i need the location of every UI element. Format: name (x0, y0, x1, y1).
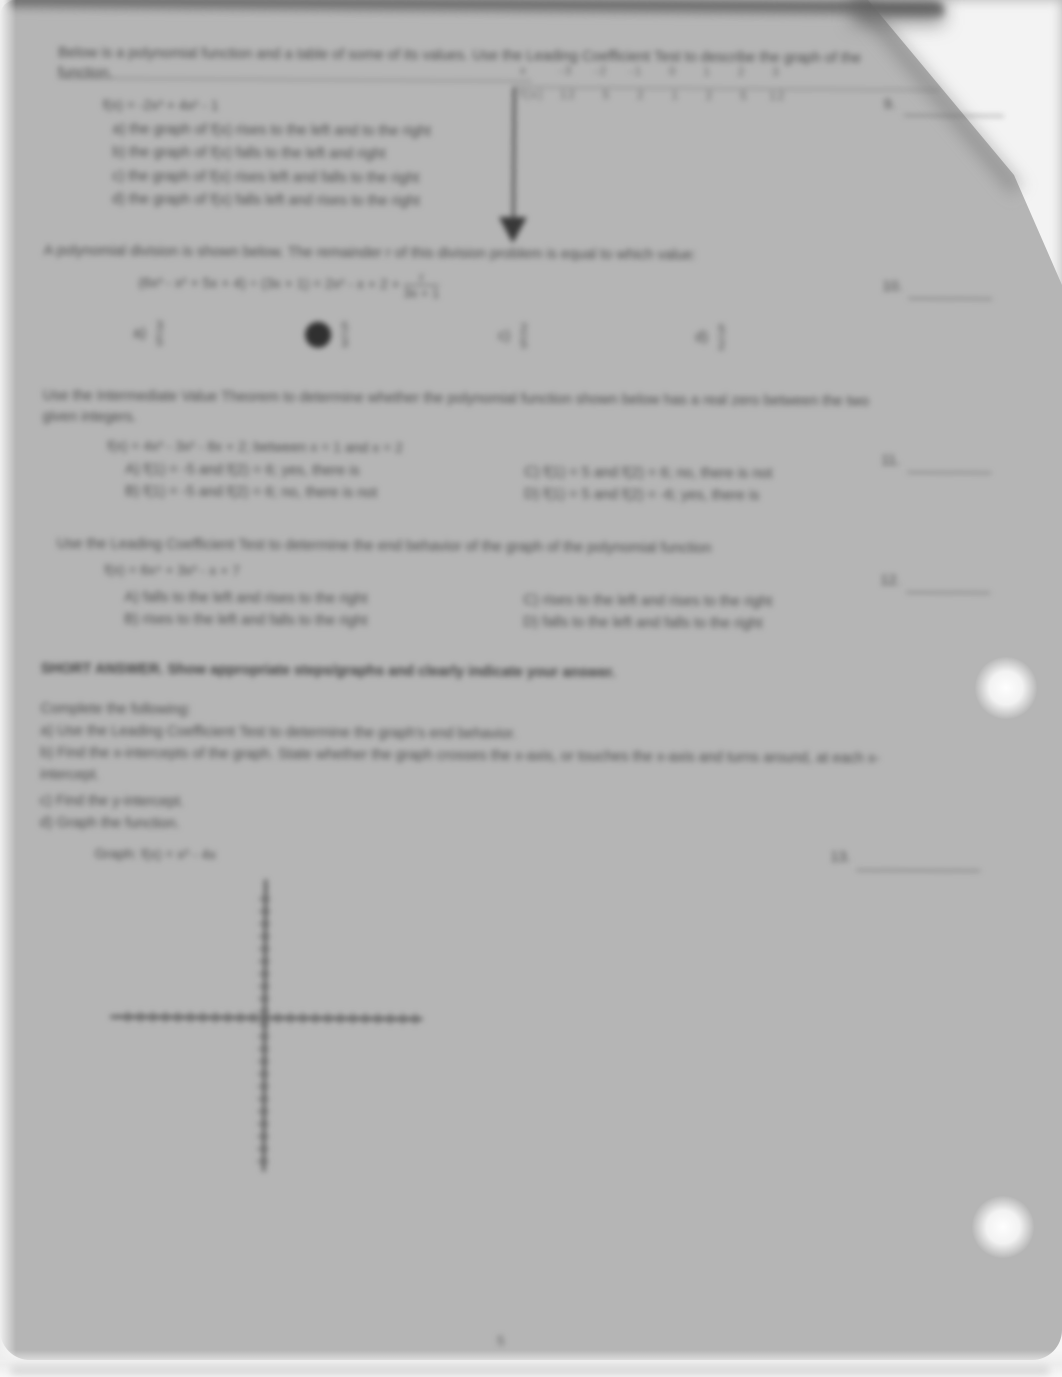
q10-answer-number: 10. (882, 278, 902, 296)
short-answer-item-c: c) Find the y-intercept. (40, 792, 184, 811)
q12-choice-b: B) rises to the left and falls to the ri… (124, 610, 368, 630)
q10-formula-fraction-den: 3x + 1 (404, 284, 440, 300)
q11-choice-a: A) f(1) = -5 and f(2) = 6; yes, there is (125, 460, 360, 480)
short-answer-item-b: b) Find the x-intercepts of the graph. S… (40, 744, 880, 768)
q12-answer-blank (906, 592, 990, 594)
q10-answer-blank (908, 298, 992, 300)
q9-value-table-row-fx: f(x) 12 5 2 1 2 5 12 (520, 89, 786, 103)
q12-answer-number: 12. (880, 572, 900, 590)
short-answer-item-b-cont: intercept. (40, 766, 100, 785)
q12-text-line1: Use the Leading Coefficient Test to dete… (57, 535, 712, 558)
q10-option-a-num: 3 (156, 319, 163, 333)
q12-formula: f(x) = 6x⁴ + 3x³ - x + 7 (104, 561, 240, 579)
q9-answer-blank (904, 115, 1004, 117)
q11-choice-b: B) f(1) = -5 and f(2) = 6; no, there is … (125, 482, 377, 502)
q10-option-d-num: 5 (718, 323, 725, 337)
page-number: 5 (497, 1333, 504, 1348)
q11-answer-blank (907, 472, 991, 474)
q9-divider-rule (58, 77, 532, 82)
short-answer-heading: SHORT ANSWER. Show appropriate steps/gra… (41, 660, 616, 682)
q10-option-c: c) 2 5 (498, 321, 528, 351)
graph-function-label: Graph: f(x) = x³ - 4x (94, 845, 216, 863)
q10-option-b-den: 3 (341, 334, 348, 350)
graph-y-axis-ticks (257, 887, 270, 1163)
q10-option-b-fraction: 5 3 (341, 320, 348, 350)
short-answer-intro: Complete the following: (40, 700, 191, 719)
q13-answer-number: 13. (830, 848, 850, 866)
q10-option-b-num: 5 (341, 320, 348, 334)
q11-choice-d: D) f(1) = 5 and f(2) = -6; yes, there is (524, 485, 759, 505)
q10-option-a-label: a) (133, 326, 146, 342)
q10-formula-text: (6x³ - x² + 5x + 4) ÷ (3x + 1) = 2x² - x… (138, 274, 399, 292)
q11-answer-number: 11. (881, 452, 900, 470)
q10-option-b-selected: 5 3 (305, 320, 348, 350)
q10-option-a: a) 3 5 (133, 319, 163, 349)
q10-option-d-label: d) (695, 329, 708, 345)
graph-x-axis-ticks (116, 1011, 416, 1024)
q9-text-line1: Below is a polynomial function and a tab… (58, 44, 861, 68)
down-arrow-annotation-head (499, 217, 527, 243)
filled-answer-bubble (305, 322, 331, 348)
q10-formula-fraction-num: r (404, 270, 440, 284)
q10-option-c-den: 5 (520, 335, 527, 351)
q9-answer-number: 9. (884, 96, 896, 114)
q9-choice-b: b) the graph of f(x) falls to the left a… (112, 143, 385, 163)
short-answer-item-d: d) Graph the function. (40, 814, 180, 833)
q10-formula-fraction: r 3x + 1 (404, 270, 440, 300)
q11-text-line1: Use the Intermediate Value Theorem to de… (43, 387, 870, 411)
q10-option-c-num: 2 (520, 321, 527, 335)
q10-option-d: d) 5 2 (695, 322, 725, 352)
scanned-worksheet-page: { "page": { "paper_gray": "#b5b5b5", "in… (0, 0, 1062, 1377)
q11-text-line2: given integers. (42, 408, 136, 427)
q10-option-a-fraction: 3 5 (156, 319, 163, 349)
q9-text-line2: function. (58, 64, 113, 83)
q10-option-c-fraction: 2 5 (520, 321, 527, 351)
short-answer-item-a: a) Use the Leading Coefficient Test to d… (40, 722, 516, 743)
q12-choice-c: C) rises to the left and rises to the ri… (523, 591, 772, 611)
q10-option-c-label: c) (498, 328, 510, 344)
q12-choice-d: D) falls to the left and falls to the ri… (523, 613, 762, 633)
q11-formula: f(x) = 4x³ - 3x² - 8x + 2; between x = 1… (107, 437, 403, 457)
q10-option-a-den: 5 (156, 333, 163, 349)
q9-value-table-row-x: x -3 -2 -1 0 1 2 3 (520, 65, 781, 79)
q9-choice-a: a) the graph of f(x) rises to the left a… (112, 120, 430, 140)
q9-choice-c: c) the graph of f(x) rises left and fall… (112, 167, 419, 187)
q11-choice-c: C) f(1) = 5 and f(2) = 6; no, there is n… (524, 463, 772, 483)
q10-option-d-fraction: 5 2 (718, 323, 725, 353)
q9-choice-d: d) the graph of f(x) falls left and rise… (112, 190, 420, 210)
q9-formula: f(x) = -2x³ + 4x² - 1 (103, 96, 219, 114)
q13-answer-blank (856, 870, 980, 872)
q12-choice-a: A) falls to the left and rises to the ri… (124, 588, 368, 608)
q10-formula: (6x³ - x² + 5x + 4) ÷ (3x + 1) = 2x² - x… (138, 269, 439, 301)
q10-text-line1: A polynomial division is shown below. Th… (44, 242, 697, 265)
page-ink-layer: Below is a polynomial function and a tab… (0, 0, 1062, 1377)
q10-option-d-den: 2 (718, 337, 725, 353)
down-arrow-annotation-shaft (512, 87, 515, 219)
